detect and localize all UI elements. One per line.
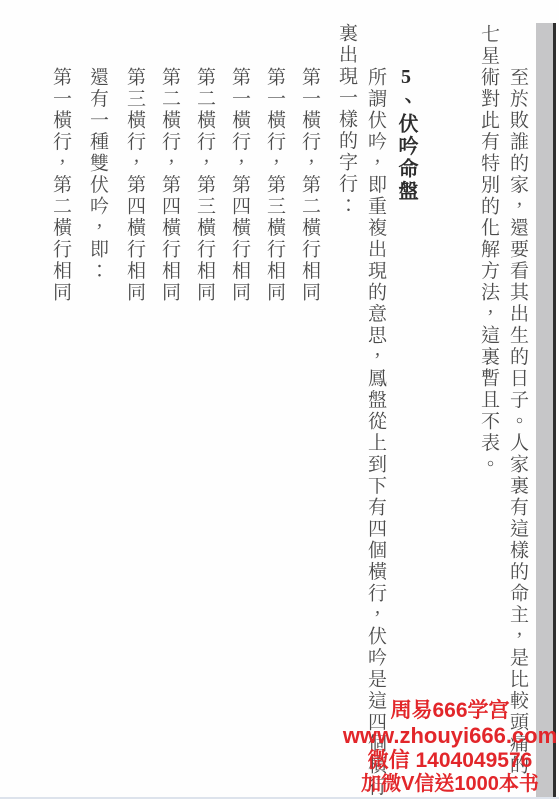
body-column-1: 至於敗誰的家，還要看其出生的日子。人家裏有這樣的命主，是比較頭痛的: [504, 67, 530, 777]
watermark-line-wechat-id: 微信 1404049576: [337, 749, 559, 773]
section-heading: 5、伏吟命盤: [393, 66, 419, 203]
list-item-3: 第一橫行，第四橫行相同: [226, 67, 252, 304]
list-item-6: 第三橫行，第四橫行相同: [121, 67, 147, 304]
list-item-5: 第二橫行，第四橫行相同: [156, 67, 182, 304]
page-edge-strip: [536, 23, 553, 799]
seller-watermark: 周易666学宫 www.zhouyi666.com 微信 1404049576 …: [337, 699, 559, 796]
body-column-2: 七星術對此有特別的化解方法，這裏暫且不表。: [475, 24, 501, 476]
list-item-7: 第一橫行，第二橫行相同: [47, 67, 73, 304]
body-column-5: 還有一種雙伏吟，即：: [84, 67, 110, 282]
watermark-line-site-name: 周易666学宫: [337, 699, 559, 723]
scanned-book-page: 至於敗誰的家，還要看其出生的日子。人家裏有這樣的命主，是比較頭痛的 七星術對此有…: [0, 0, 559, 799]
list-item-2: 第一橫行，第三橫行相同: [261, 67, 287, 304]
watermark-line-url: www.zhouyi666.com: [337, 723, 559, 749]
body-column-3: 所謂伏吟，即重複出現的意思，鳳盤從上到下有四個橫行，伏吟是這四個橫行: [362, 67, 388, 798]
list-item-4: 第二橫行，第三橫行相同: [191, 67, 217, 304]
list-item-1: 第一橫行，第二橫行相同: [296, 67, 322, 304]
watermark-line-promo: 加微V信送1000本书: [337, 773, 559, 796]
page-edge-shadow-line: [553, 23, 556, 799]
body-column-4: 裏出現一樣的字行：: [333, 23, 359, 217]
